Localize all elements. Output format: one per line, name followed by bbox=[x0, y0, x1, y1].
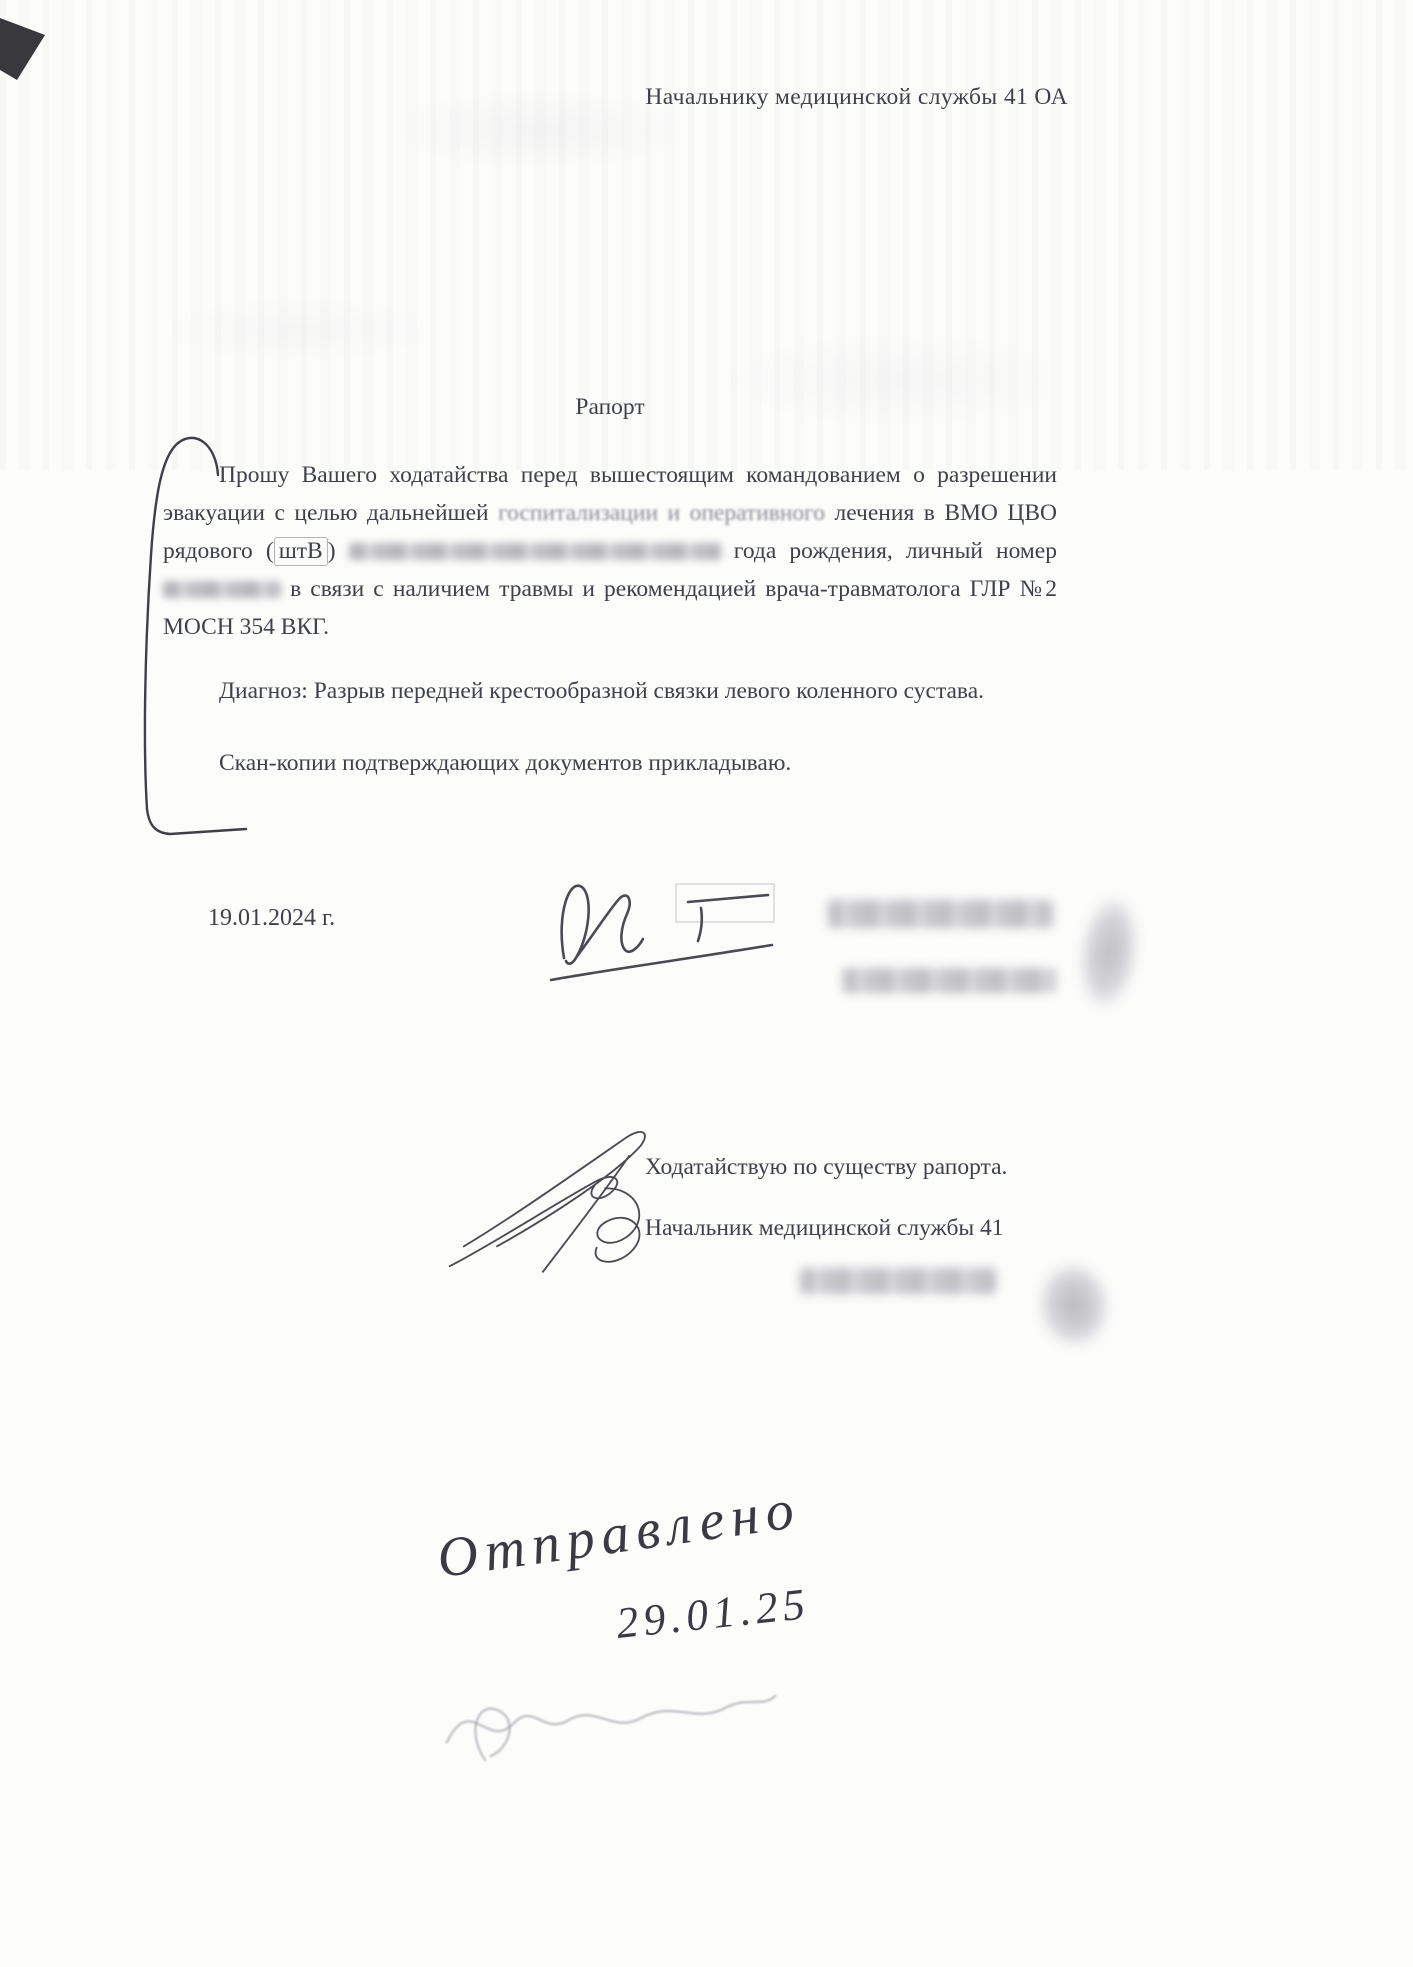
redacted-personal-number bbox=[163, 581, 281, 598]
paragraph-scan-copies: Скан-копии подтверждающих документов при… bbox=[163, 744, 1057, 782]
endorsement-line-2: Начальник медицинской службы 41 bbox=[645, 1209, 1075, 1247]
p1-blurred-phrase: госпитализации и оперативного bbox=[498, 500, 825, 526]
scanned-report-page: Начальнику медицинской службы 41 ОА Рапо… bbox=[0, 0, 1413, 1967]
p1-text-4: года рождения, личный номер bbox=[721, 538, 1057, 564]
p1-text-5: в связи с наличием травмы и рекомендацие… bbox=[163, 576, 1057, 640]
blurred-stamp-line-2 bbox=[843, 968, 1056, 993]
document-body: Рапорт Прошу Вашего ходатайства перед вы… bbox=[163, 388, 1057, 782]
paragraph-request: Прошу Вашего ходатайства перед вышестоящ… bbox=[163, 456, 1057, 646]
document-title: Рапорт bbox=[163, 388, 1057, 426]
blurred-stamp-signature bbox=[1072, 892, 1145, 1014]
corner-fold-mark bbox=[0, 6, 64, 90]
commander-signature bbox=[444, 1096, 656, 1278]
blurred-rank-signature bbox=[1034, 1258, 1115, 1351]
p1-unit-code: штВ bbox=[274, 537, 328, 566]
blurred-stamp-line-1 bbox=[828, 900, 1053, 928]
author-signature bbox=[548, 858, 778, 1010]
addressee-line: Начальнику медицинской службы 41 ОА bbox=[645, 84, 1068, 111]
p1-text-3: ) bbox=[328, 538, 349, 564]
endorsement-block: Ходатайствую по существу рапорта. Началь… bbox=[645, 1148, 1075, 1247]
document-date: 19.01.2024 г. bbox=[208, 905, 335, 932]
handwritten-sent-note: Отправлено bbox=[433, 1477, 804, 1591]
endorsement-line-1: Ходатайствую по существу рапорта. bbox=[645, 1148, 1075, 1186]
faint-bottom-signature bbox=[425, 1638, 790, 1788]
blurred-rank-text bbox=[800, 1268, 996, 1294]
redacted-soldier-name bbox=[349, 543, 721, 560]
paragraph-diagnosis: Диагноз: Разрыв передней крестообразной … bbox=[163, 672, 1057, 710]
